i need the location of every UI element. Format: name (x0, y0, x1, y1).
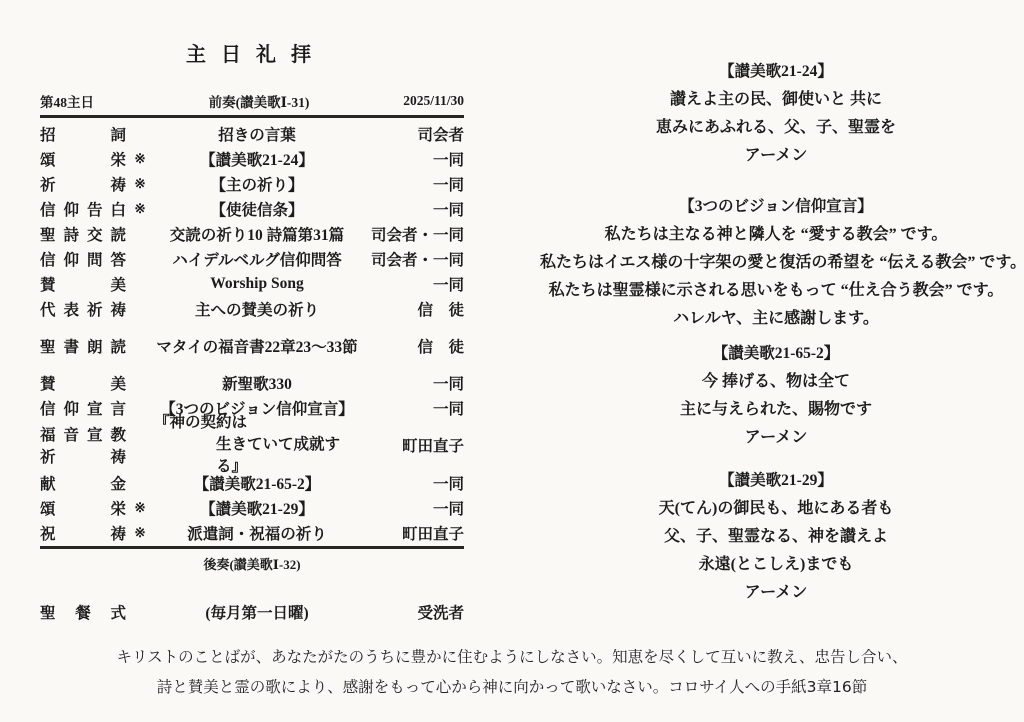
hymn-lyrics-column: 【讃美歌21-24】 讃えよ主の民、御使いと 共に 恵みにあふれる、父、子、聖霊… (540, 58, 1012, 607)
hymn-section: 【讃美歌21-24】 讃えよ主の民、御使いと 共に 恵みにあふれる、父、子、聖霊… (540, 58, 1012, 170)
order-item: Worship Song (154, 275, 360, 293)
hymn-line: 天(てん)の御民も、地にある者も (540, 495, 1012, 523)
order-item: 交読の祈り10 詩篇第31篇 (154, 223, 360, 245)
program-header: 第48主日 前奏(讃美歌Ⅰ-31) 2025/11/30 (40, 88, 464, 114)
prelude-label: 前奏(讃美歌Ⅰ-31) (150, 91, 368, 111)
worship-program: 第48主日 前奏(讃美歌Ⅰ-31) 2025/11/30 招詞 招きの言葉 司会… (40, 88, 464, 624)
order-person: 町田直子 (360, 522, 464, 544)
program-row: 祈祷 ※ 【主の祈り】 一同 (40, 171, 464, 196)
program-row: 献金 【讃美歌21-65-2】 一同 (40, 470, 464, 495)
order-item: ハイデルベルグ信仰問答 (154, 248, 360, 270)
hymn-line: 恵みにあふれる、父、子、聖霊を (540, 114, 1012, 142)
sermon-title: 『神の契約は 生きていて成就する』 (154, 420, 360, 470)
order-label: 頌栄 (40, 497, 126, 519)
order-person: 司会者・一同 (360, 223, 464, 245)
order-item: 【讃美歌21-29】 (154, 497, 360, 519)
order-label: 招詞 (40, 123, 126, 145)
order-item: 【使徒信条】 (154, 198, 360, 220)
order-item: マタイの福音書22章23〜33節 (154, 335, 360, 357)
hymn-line: 讃えよ主の民、御使いと 共に (540, 86, 1012, 114)
order-person: 一同 (360, 497, 464, 519)
program-row: 聖書朗読 マタイの福音書22章23〜33節 信 徒 (40, 333, 464, 358)
order-label: 信仰問答 (40, 248, 126, 270)
sermon-row: 福音宣教 祈祷 『神の契約は 生きていて成就する』 町田直子 (40, 420, 464, 470)
scripture-quote-line2: 詩と賛美と霊の歌により、感謝をもって心から神に向かって歌いなさい。コロサイ人への… (0, 672, 1024, 702)
order-item: 派遣詞・祝福の祈り (154, 522, 360, 544)
program-row: 聖詩交読 交読の祈り10 詩篇第31篇 司会者・一同 (40, 221, 464, 246)
order-person: 一同 (360, 472, 464, 494)
standing-mark: ※ (126, 525, 154, 541)
hymn-line: 私たちはイエス様の十字架の愛と復活の希望を “伝える教会” です。 (540, 249, 1012, 277)
hymn-section-title: 【讃美歌21-24】 (540, 58, 1012, 86)
order-person: 一同 (360, 372, 464, 394)
order-person: 一同 (360, 173, 464, 195)
standing-mark: ※ (126, 176, 154, 192)
order-person: 信 徒 (360, 298, 464, 320)
hymn-section-title: 【讃美歌21-65-2】 (540, 340, 1012, 368)
row-spacer (40, 321, 464, 333)
program-row: 信仰問答 ハイデルベルグ信仰問答 司会者・一同 (40, 246, 464, 271)
order-label: 賛美 (40, 372, 126, 394)
order-person: 受洗者 (360, 601, 464, 623)
standing-mark (126, 420, 154, 470)
program-row: 頌栄 ※ 【讃美歌21-24】 一同 (40, 146, 464, 171)
week-number: 第48主日 (40, 91, 150, 111)
row-spacer (40, 358, 464, 370)
hymn-section: 【讃美歌21-29】 天(てん)の御民も、地にある者も 父、子、聖霊なる、神を讃… (540, 467, 1012, 607)
postlude-label: 後奏(讃美歌Ⅰ-32) (40, 554, 464, 573)
scripture-quote-line1: キリストのことばが、あなたがたのうちに豊かに住むようにしなさい。知恵を尽くして互… (0, 642, 1024, 672)
order-label: 福音宣教 (40, 423, 126, 445)
order-item: (毎月第一日曜) (154, 601, 360, 623)
hymn-line: 今 捧げる、物は全て (540, 368, 1012, 396)
order-label: 信仰宣言 (40, 397, 126, 419)
hymn-line: アーメン (540, 579, 1012, 607)
order-label: 代表祈祷 (40, 298, 126, 320)
hymn-section-title: 【3つのビジョン信仰宣言】 (540, 193, 1012, 221)
program-row: 賛美 新聖歌330 一同 (40, 370, 464, 395)
standing-mark: ※ (126, 500, 154, 516)
scripture-quote: キリストのことばが、あなたがたのうちに豊かに住むようにしなさい。知恵を尽くして互… (0, 642, 1024, 702)
footer-rule (40, 546, 464, 549)
order-label: 聖詩交読 (40, 223, 126, 245)
program-row: 賛美 Worship Song 一同 (40, 271, 464, 296)
order-person: 信 徒 (360, 335, 464, 357)
sermon-title-line1: 『神の契約は (154, 412, 360, 434)
communion-row: 聖餐式 (毎月第一日曜) 受洗者 (40, 599, 464, 624)
order-label: 祈祷 (40, 445, 126, 467)
order-label: 賛美 (40, 273, 126, 295)
standing-mark: ※ (126, 151, 154, 167)
program-row: 信仰告白 ※ 【使徒信条】 一同 (40, 196, 464, 221)
order-item: 【讃美歌21-24】 (154, 148, 360, 170)
hymn-section: 【讃美歌21-65-2】 今 捧げる、物は全て 主に与えられた、賜物です アーメ… (540, 340, 1012, 452)
order-person: 一同 (360, 198, 464, 220)
hymn-line: ハレルヤ、主に感謝します。 (540, 305, 1012, 333)
hymn-line: 父、子、聖霊なる、神を讃えよ (540, 523, 1012, 551)
hymn-line: 永遠(とこしえ)までも (540, 551, 1012, 579)
order-person: 一同 (360, 397, 464, 419)
order-item: 主への賛美の祈り (154, 298, 360, 320)
order-label: 信仰告白 (40, 198, 126, 220)
hymn-line: 私たちは主なる神と隣人を “愛する教会” です。 (540, 221, 1012, 249)
order-item: 新聖歌330 (154, 372, 360, 394)
order-label: 献金 (40, 472, 126, 494)
order-person: 一同 (360, 273, 464, 295)
program-row: 頌栄 ※ 【讃美歌21-29】 一同 (40, 495, 464, 520)
header-rule (40, 115, 464, 118)
order-label: 頌栄 (40, 148, 126, 170)
order-item: 招きの言葉 (154, 123, 360, 145)
order-person: 一同 (360, 148, 464, 170)
hymn-line: アーメン (540, 142, 1012, 170)
order-item: 【主の祈り】 (154, 173, 360, 195)
program-row: 代表祈祷 主への賛美の祈り 信 徒 (40, 296, 464, 321)
hymn-line: アーメン (540, 424, 1012, 452)
order-label: 聖書朗読 (40, 335, 126, 357)
order-person: 司会者 (360, 123, 464, 145)
order-person: 町田直子 (360, 420, 464, 470)
hymn-line: 私たちは聖霊様に示される思いをもって “仕え合う教会” です。 (540, 277, 1012, 305)
service-date: 2025/11/30 (368, 93, 464, 109)
program-row: 祝祷 ※ 派遣詞・祝福の祈り 町田直子 (40, 520, 464, 545)
program-row: 招詞 招きの言葉 司会者 (40, 121, 464, 146)
order-item: 【讃美歌21-65-2】 (154, 472, 360, 494)
order-label: 聖餐式 (40, 601, 126, 623)
hymn-section-title: 【讃美歌21-29】 (540, 467, 1012, 495)
standing-mark: ※ (126, 201, 154, 217)
page-title: 主日礼拝 (186, 38, 326, 67)
order-person: 司会者・一同 (360, 248, 464, 270)
order-label: 祈祷 (40, 173, 126, 195)
order-label: 祝祷 (40, 522, 126, 544)
sermon-labels: 福音宣教 祈祷 (40, 420, 126, 470)
hymn-section: 【3つのビジョン信仰宣言】 私たちは主なる神と隣人を “愛する教会” です。 私… (540, 193, 1012, 333)
hymn-line: 主に与えられた、賜物です (540, 396, 1012, 424)
